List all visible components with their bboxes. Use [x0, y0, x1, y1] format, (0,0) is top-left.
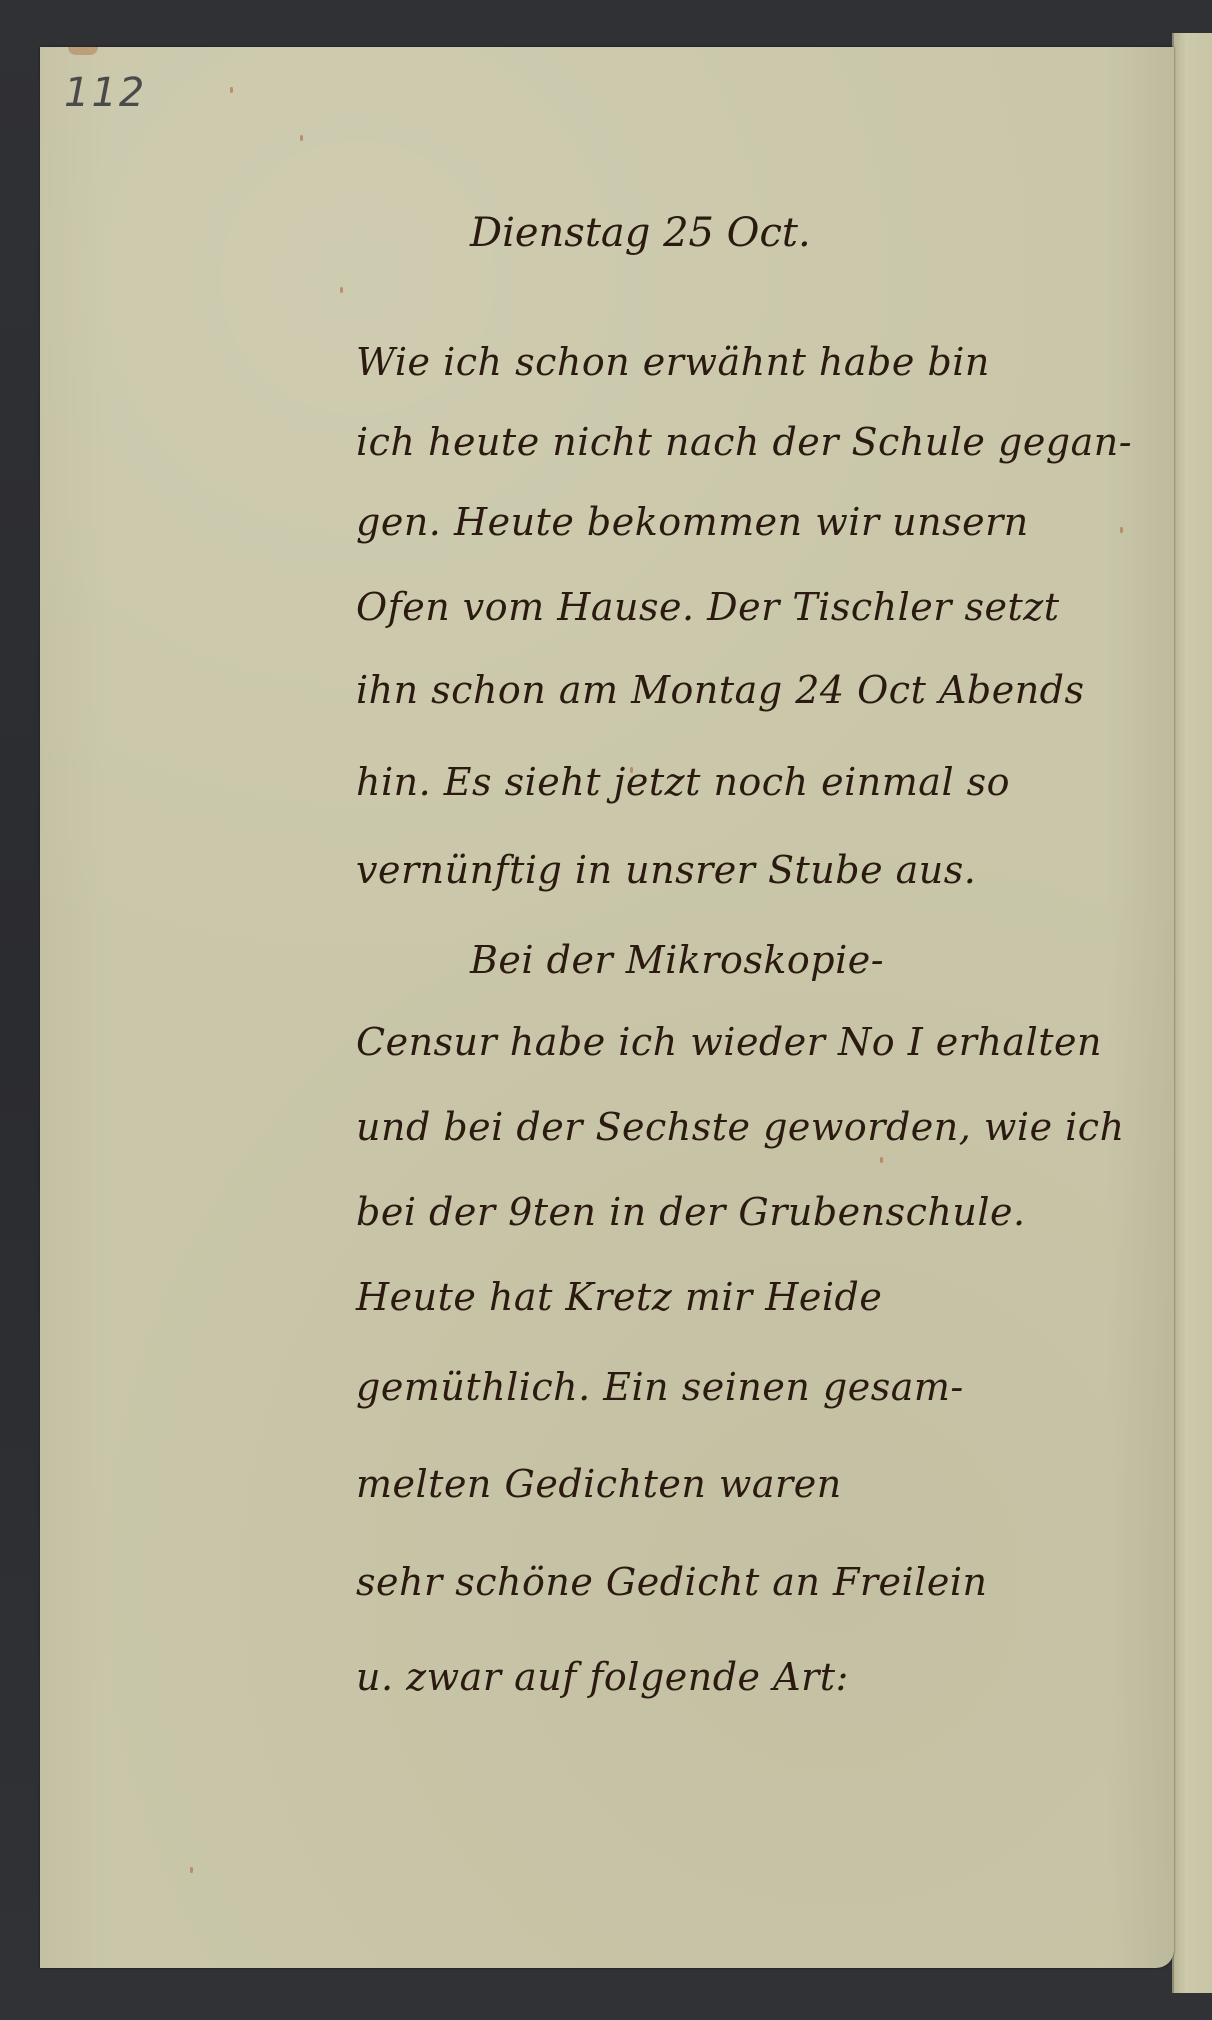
text-line: ihn schon am Montag 24 Oct Abends [356, 668, 1085, 712]
text-line: Ofen vom Hause. Der Tischler setzt [356, 585, 1060, 629]
text-line: Bei der Mikroskopie- [470, 938, 884, 982]
paper-speck [300, 135, 303, 141]
paper-speck [190, 1867, 193, 1873]
text-line: und bei der Sechste geworden, wie ich [356, 1105, 1125, 1149]
text-line: vernünftig in unsrer Stube aus. [356, 848, 976, 892]
text-line: melten Gedichten waren [356, 1462, 842, 1506]
folio-number: 112 [64, 70, 146, 116]
text-line: ich heute nicht nach der Schule gegan- [356, 420, 1132, 464]
paper-stain [68, 47, 98, 55]
text-line: Wie ich schon erwähnt habe bin [356, 340, 990, 384]
text-line: hin. Es sieht jetzt noch einmal so [356, 760, 1010, 804]
text-line: Censur habe ich wieder No I erhalten [356, 1020, 1102, 1064]
text-line: Heute hat Kretz mir Heide [356, 1275, 882, 1319]
text-line: gen. Heute bekommen wir unsern [356, 500, 1029, 544]
paper-speck [340, 287, 343, 293]
text-line: gemüthlich. Ein seinen gesam- [356, 1365, 964, 1409]
entry-date-heading: Dienstag 25 Oct. [470, 210, 811, 256]
paper-speck [1120, 527, 1123, 533]
paper-speck [880, 1157, 883, 1163]
paper-speck [230, 87, 233, 93]
text-line: sehr schöne Gedicht an Freilein [356, 1560, 987, 1604]
adjacent-page-edge [1172, 33, 1212, 1993]
text-line: bei der 9ten in der Grubenschule. [356, 1190, 1026, 1234]
text-line: u. zwar auf folgende Art: [356, 1655, 849, 1699]
